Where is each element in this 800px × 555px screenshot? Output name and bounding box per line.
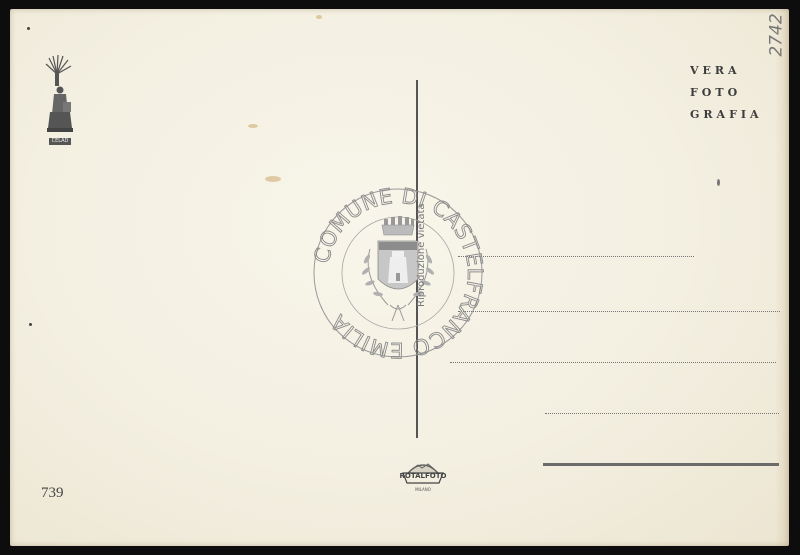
paper-stain [248, 124, 258, 128]
paper-speck [27, 27, 30, 30]
address-line-2 [458, 311, 780, 312]
svg-text:Riproduzione vietata: Riproduzione vietata [416, 203, 427, 307]
paper-speck [29, 323, 32, 326]
header-line-2: FOTO [690, 82, 763, 104]
comune-watermark-seal: COMUNE DI CASTELFRANCO EMILIA [312, 187, 484, 359]
vera-fotografia-header: VERA FOTO GRAFIA [690, 60, 763, 126]
rotalfoto-name: ROTALFOTO [398, 472, 448, 480]
address-line-1 [458, 256, 694, 257]
paper-stain [316, 15, 322, 19]
address-line-3 [450, 362, 776, 363]
address-underline [543, 463, 779, 466]
pencil-note: 2742 [767, 13, 787, 56]
rotalfoto-city: MILANO [398, 487, 448, 492]
crown-icon [382, 216, 414, 235]
address-line-4 [545, 413, 779, 414]
header-line-1: VERA [690, 60, 763, 82]
postcard-back: CELAD VERA FOTO GRAFIA 2742 COMUNE DI CA… [10, 9, 789, 546]
paper-stain [265, 176, 281, 182]
logo-left-label: CELAD [49, 138, 71, 145]
header-line-3: GRAFIA [690, 104, 763, 126]
paper-speck [717, 179, 720, 186]
statue-torch-logo-icon: CELAD [41, 54, 81, 149]
rotalfoto-globe-logo-icon: ROTALFOTO MILANO [398, 459, 448, 499]
catalog-number: 739 [41, 485, 64, 502]
